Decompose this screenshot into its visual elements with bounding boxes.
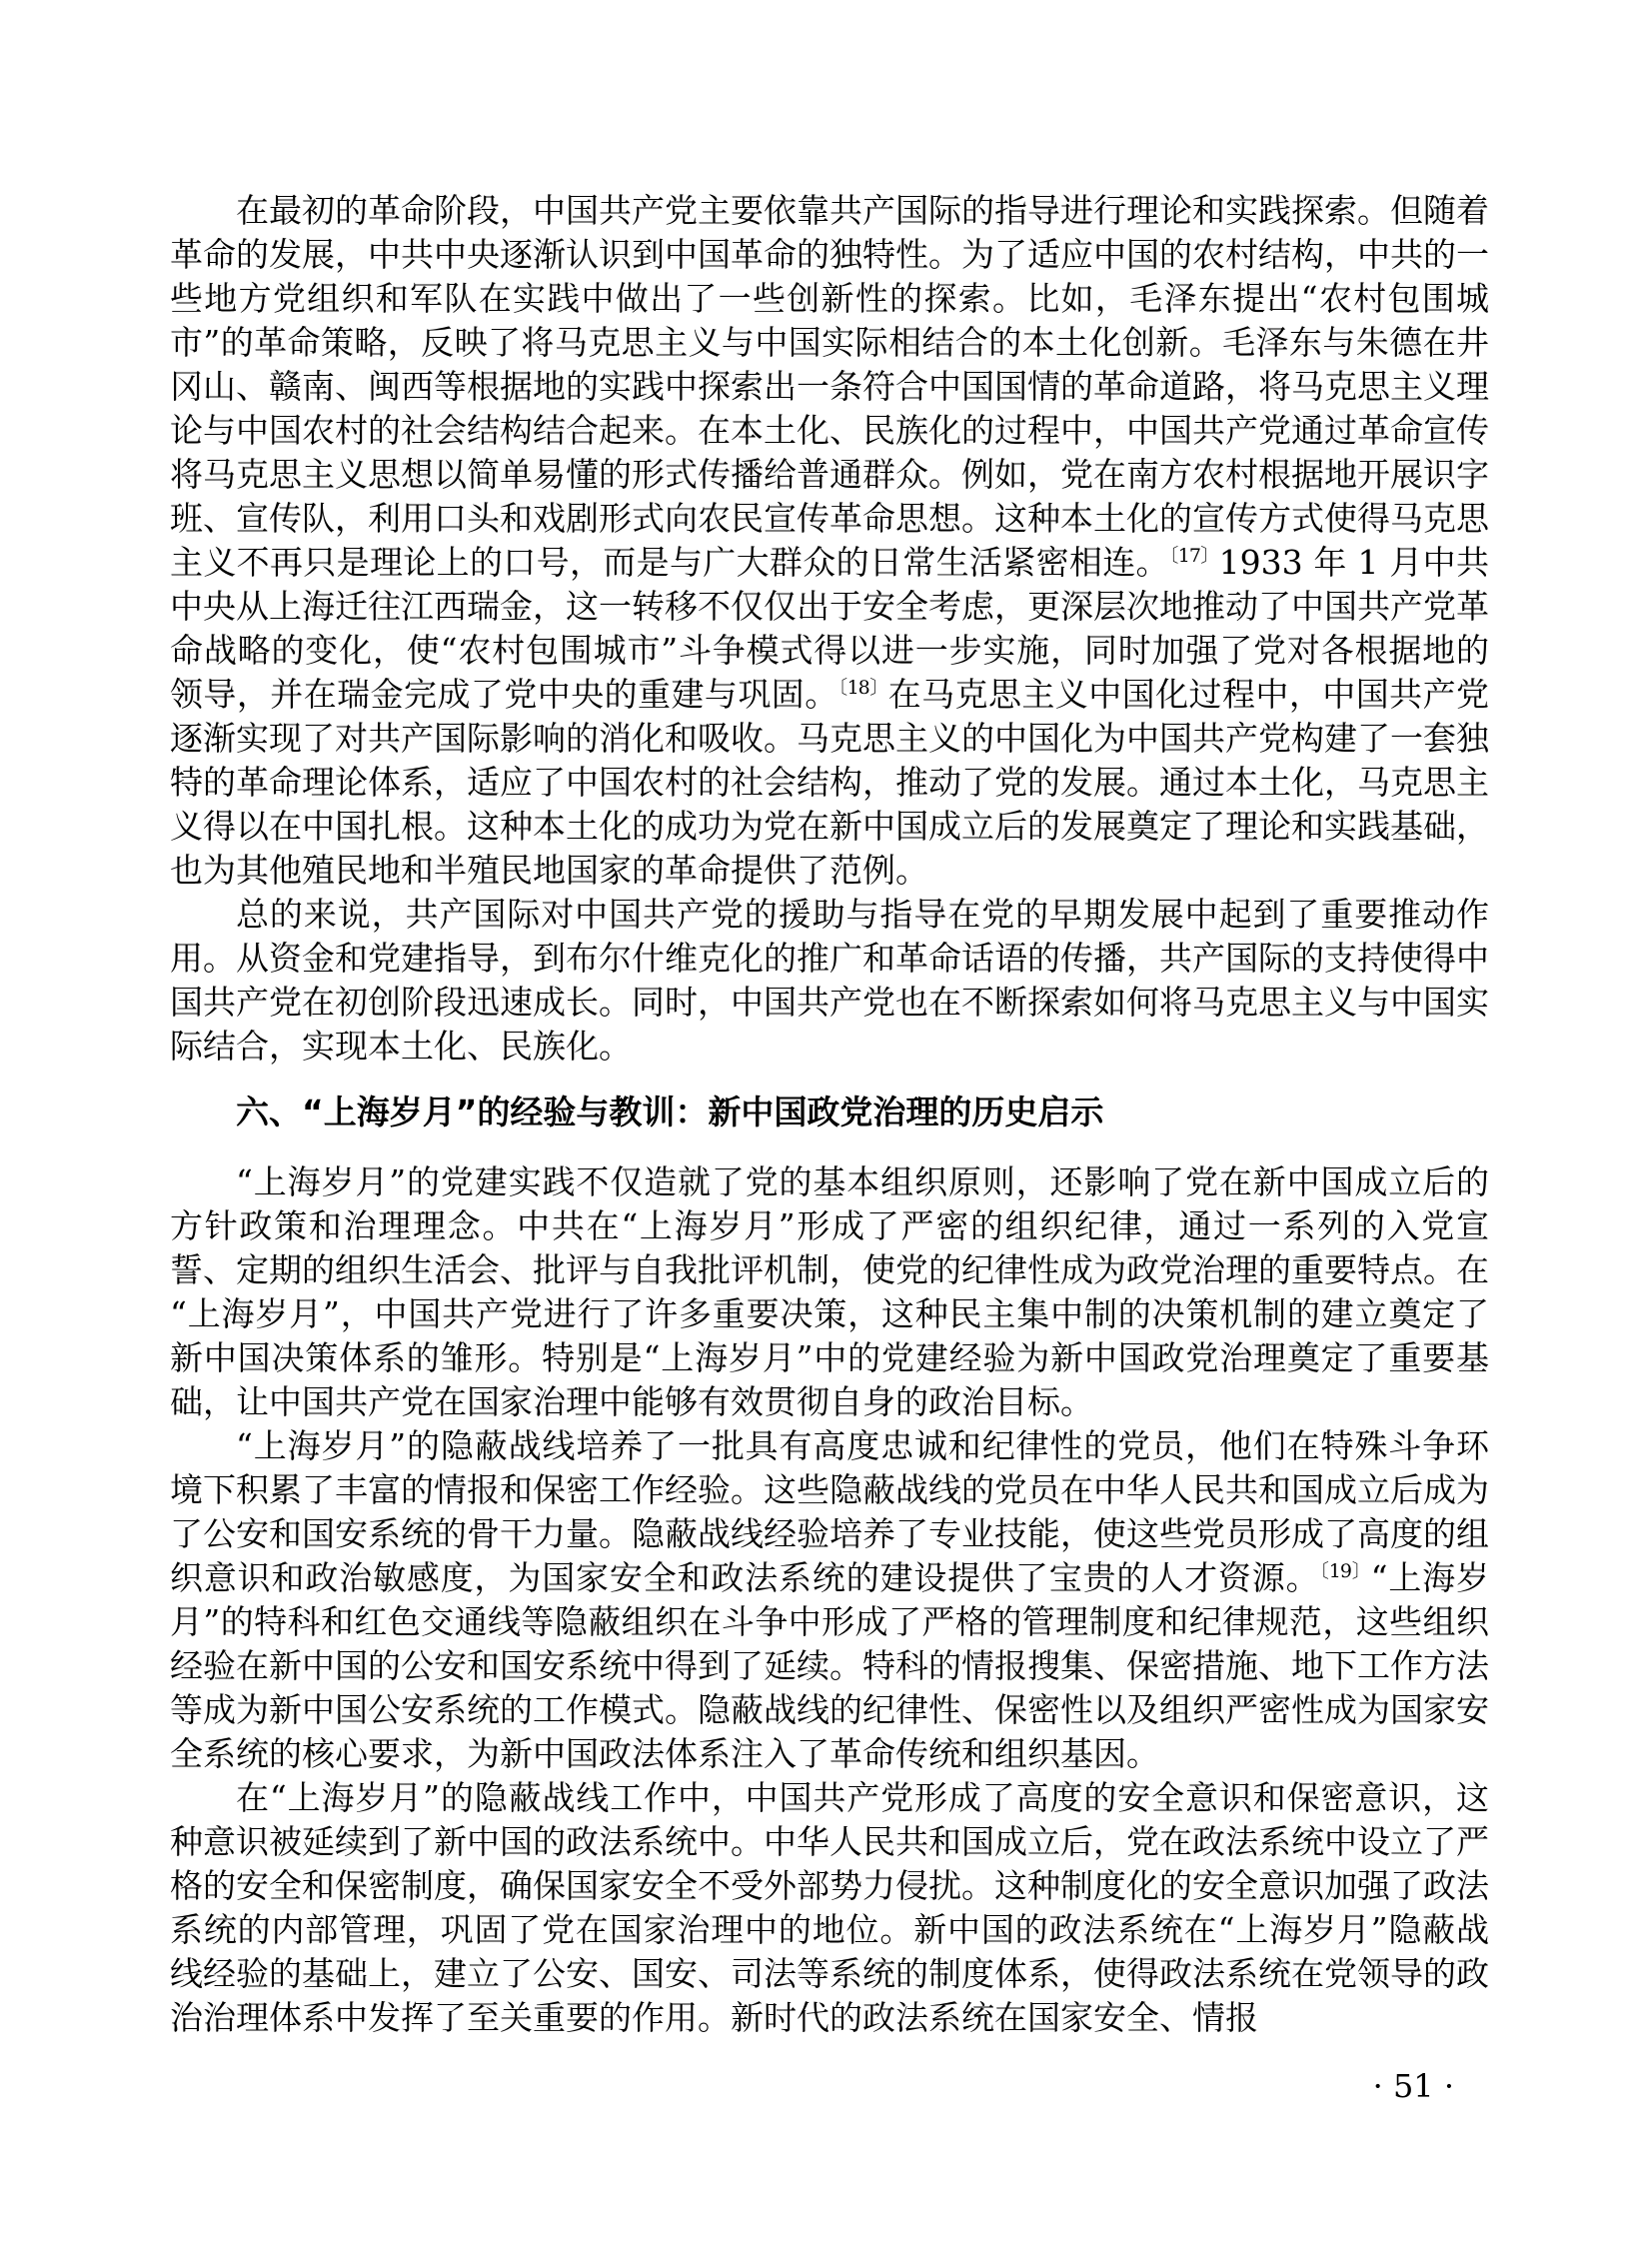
paragraph: “上海岁月”的隐蔽战线培养了一批具有高度忠诚和纪律性的党员，他们在特殊斗争环境下… [170, 1424, 1489, 1776]
page-number: · 51 · [1373, 2067, 1454, 2105]
footnote-marker: 〔18〕 [838, 677, 888, 699]
paragraph: 总的来说，共产国际对中国共产党的援助与指导在党的早期发展中起到了重要推动作用。从… [170, 893, 1489, 1069]
footnote-marker: 〔17〕 [1169, 545, 1219, 567]
footnote-marker: 〔19〕 [1319, 1560, 1370, 1582]
text-run: “上海岁月”的党建实践不仅造就了党的基本组织原则，还影响了党在新中国成立后的方针… [170, 1162, 1489, 1421]
paragraph: “上海岁月”的党建实践不仅造就了党的基本组织原则，还影响了党在新中国成立后的方针… [170, 1160, 1489, 1424]
section-heading: 六、“上海岁月”的经验与教训：新中国政党治理的历史启示 [170, 1091, 1489, 1134]
page-body: 在最初的革命阶段，中国共产党主要依靠共产国际的指导进行理论和实践探索。但随着革命… [170, 189, 1489, 2040]
paragraph: 在最初的革命阶段，中国共产党主要依靠共产国际的指导进行理论和实践探索。但随着革命… [170, 189, 1489, 893]
text-run: 六、“上海岁月”的经验与教训：新中国政党治理的历史启示 [236, 1093, 1103, 1131]
document-page: 在最初的革命阶段，中国共产党主要依靠共产国际的指导进行理论和实践探索。但随着革命… [0, 0, 1652, 2243]
text-run: 总的来说，共产国际对中国共产党的援助与指导在党的早期发展中起到了重要推动作用。从… [170, 895, 1489, 1066]
paragraph: 在“上海岁月”的隐蔽战线工作中，中国共产党形成了高度的安全意识和保密意识，这种意… [170, 1776, 1489, 2040]
text-run: “上海岁月”的隐蔽战线培养了一批具有高度忠诚和纪律性的党员，他们在特殊斗争环境下… [170, 1426, 1489, 1597]
text-run: 在最初的革命阶段，中国共产党主要依靠共产国际的指导进行理论和实践探索。但随着革命… [170, 191, 1489, 582]
text-run: 在“上海岁月”的隐蔽战线工作中，中国共产党形成了高度的安全意识和保密意识，这种意… [170, 1778, 1489, 2037]
